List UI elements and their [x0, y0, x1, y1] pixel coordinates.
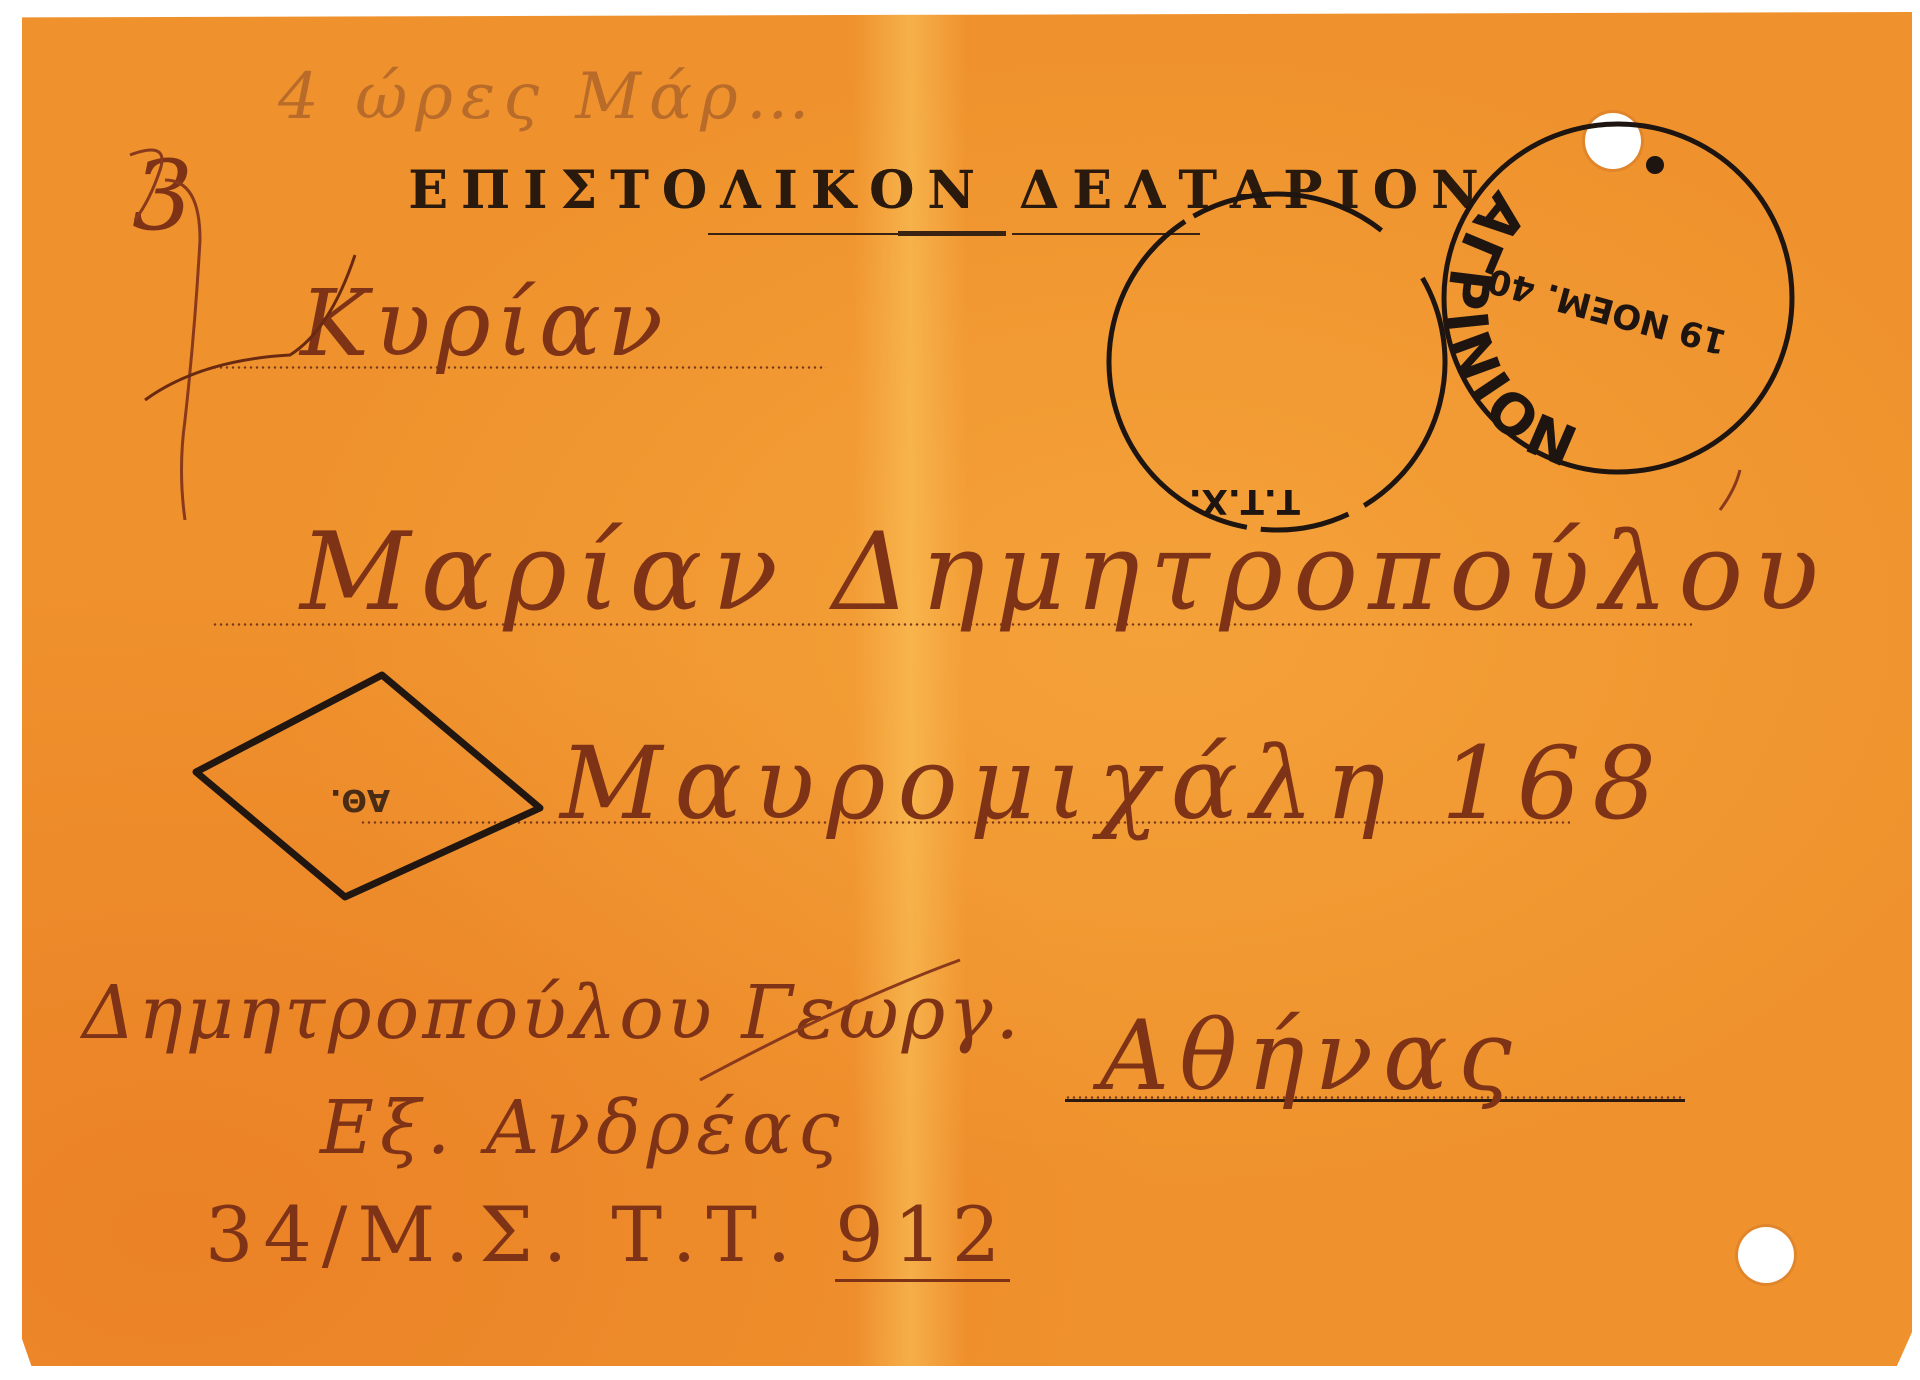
postmark-secondary: Τ.Τ.Χ.	[1048, 133, 1507, 592]
censor-diamond: ΑΘ.	[196, 675, 540, 897]
svg-text:Τ.Τ.Χ.: Τ.Τ.Χ.	[1189, 481, 1300, 521]
svg-text:ΑΓΡΙΝΙΟΝ: ΑΓΡΙΝΙΟΝ	[1432, 180, 1591, 483]
postmark-date: 19 ΝΟΕΜ. 40	[1483, 260, 1731, 362]
salutation-flourish	[145, 255, 355, 400]
pen-stroke	[700, 960, 960, 1080]
accent-stroke	[1720, 470, 1740, 510]
margin-scribble	[130, 150, 200, 520]
postmark-primary: ΑΓΡΙΝΙΟΝ 19 ΝΟΕΜ. 40	[1432, 124, 1792, 483]
postmark-town: ΑΓΡΙΝΙΟΝ	[1432, 180, 1591, 483]
stamp-overlay: Τ.Τ.Χ. ΑΓΡΙΝΙΟΝ 19 ΝΟΕΜ. 40 ΑΘ.	[0, 0, 1920, 1380]
svg-text:ΑΘ.: ΑΘ.	[330, 782, 390, 817]
